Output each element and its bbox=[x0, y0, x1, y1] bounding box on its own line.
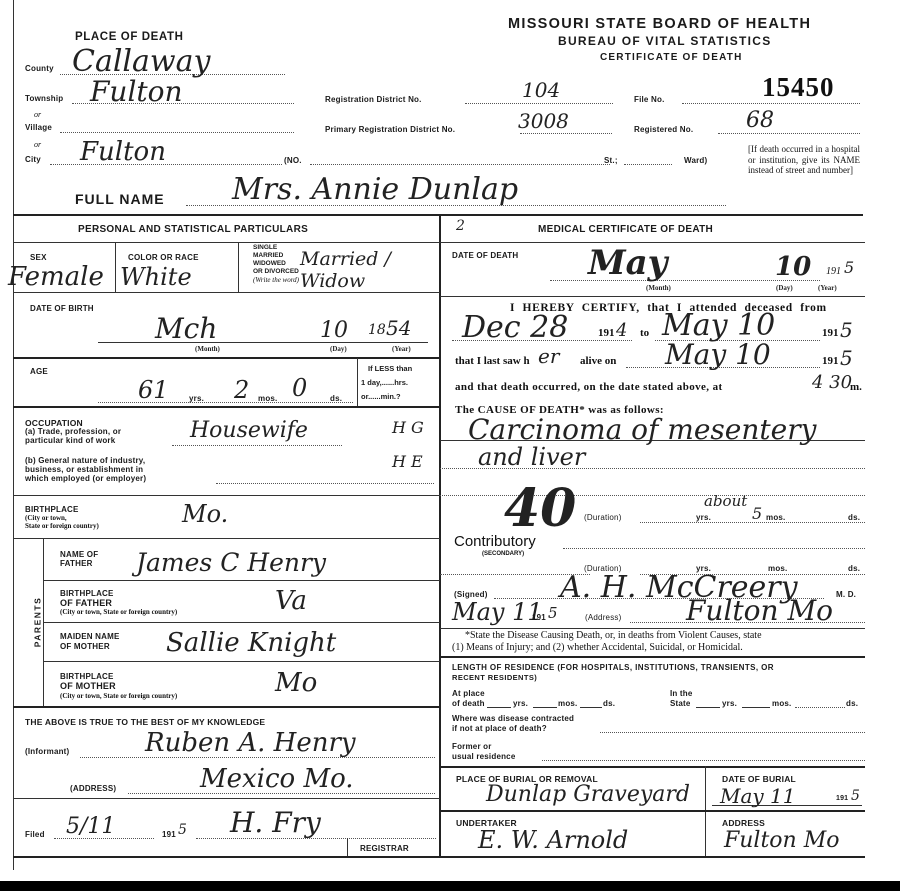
dob-month: Mch bbox=[155, 312, 217, 345]
last-saw-date: May 10 bbox=[665, 338, 771, 371]
birthplace-value: Mo. bbox=[182, 500, 228, 528]
duration-months-value: 5 bbox=[752, 504, 762, 523]
dob-day: 10 bbox=[320, 318, 348, 343]
physician-address: Fulton Mo bbox=[686, 594, 833, 627]
duration-label: (Duration) bbox=[584, 513, 622, 522]
dod-year-prefix: 191 bbox=[826, 266, 841, 277]
dob-year-suffix: 54 bbox=[386, 316, 411, 340]
attended-from-year-suffix: 4 bbox=[616, 320, 627, 341]
at-place-ds-unit: ds. bbox=[603, 699, 615, 708]
or-label-2: or bbox=[34, 140, 41, 149]
undertaker-address-label: ADDRESS bbox=[722, 818, 765, 828]
to-label: to bbox=[640, 327, 649, 339]
last-saw-prefix: that I last saw h bbox=[455, 355, 530, 367]
place-of-death-label: PLACE OF DEATH bbox=[75, 31, 184, 43]
informant-address-label: (ADDRESS) bbox=[70, 784, 116, 793]
registered-no-value: 68 bbox=[746, 108, 774, 133]
parents-label: PARENTS bbox=[32, 597, 42, 648]
alive-on-label: alive on bbox=[580, 355, 616, 367]
dod-month-caption: (Month) bbox=[646, 284, 671, 292]
sign-year-suffix: 5 bbox=[548, 604, 558, 622]
occupation-a-label-2: particular kind of work bbox=[25, 436, 115, 445]
dod-year-caption: (Year) bbox=[818, 284, 837, 292]
filed-year-prefix: 191 bbox=[162, 830, 176, 839]
father-name-label-2: FATHER bbox=[60, 559, 93, 568]
bureau-subtitle: BUREAU OF VITAL STATISTICS bbox=[558, 34, 772, 48]
occupation-b-label-2: business, or establishment in bbox=[25, 465, 143, 474]
full-name-label: FULL NAME bbox=[75, 191, 165, 207]
age-label: AGE bbox=[30, 367, 48, 376]
birthplace-sub-1: (City or town, bbox=[25, 514, 67, 522]
contracted-label-1: Where was disease contracted bbox=[452, 714, 574, 723]
former-residence-label-2: usual residence bbox=[452, 752, 515, 761]
dob-year-prefix: 18 bbox=[368, 322, 386, 338]
dod-day: 10 bbox=[775, 252, 811, 282]
father-birthplace-label-2: OF FATHER bbox=[60, 598, 112, 608]
sex-label: SEX bbox=[30, 253, 47, 262]
occupation-b-label-1: (b) General nature of industry, bbox=[25, 456, 145, 465]
birthplace-sub-2: State or foreign country) bbox=[25, 522, 99, 530]
last-saw-year-suffix: 5 bbox=[840, 346, 853, 370]
color-race-label: COLOR OR RACE bbox=[128, 253, 199, 262]
father-birthplace-value: Va bbox=[275, 586, 307, 616]
death-time-suffix: m. bbox=[850, 381, 862, 393]
or-label-1: or bbox=[34, 110, 41, 119]
dod-month: May bbox=[588, 243, 667, 283]
registration-district-value: 104 bbox=[522, 78, 560, 102]
secondary-caption: (SECONDARY) bbox=[482, 551, 524, 557]
age-months-value: 2 bbox=[234, 376, 249, 404]
marital-option-widowed: WIDOWED bbox=[253, 260, 286, 267]
primary-district-value: 3008 bbox=[518, 109, 569, 133]
marital-option-married: MARRIED bbox=[253, 252, 283, 259]
city-label: City bbox=[25, 155, 41, 164]
mother-name-label-1: MAIDEN NAME bbox=[60, 632, 120, 641]
burial-date-value: May 11 bbox=[720, 784, 796, 808]
filed-year-suffix: 5 bbox=[178, 822, 187, 838]
dob-month-caption: (Month) bbox=[195, 345, 220, 353]
in-state-mos-unit: mos. bbox=[772, 699, 791, 708]
attended-from-value: Dec 28 bbox=[462, 310, 568, 345]
contracted-label-2: if not at place of death? bbox=[452, 724, 547, 733]
occupation-b-label-3: which employed (or employer) bbox=[25, 474, 146, 483]
duration-months-unit: mos. bbox=[766, 513, 785, 522]
scan-bottom-edge bbox=[0, 881, 900, 891]
cause-code: 40 bbox=[504, 478, 576, 539]
mother-birthplace-label-2: OF MOTHER bbox=[60, 681, 116, 691]
mother-birthplace-label-1: BIRTHPLACE bbox=[60, 672, 114, 681]
file-no-label: File No. bbox=[634, 95, 665, 104]
duration-years-unit: yrs. bbox=[696, 513, 711, 522]
father-birthplace-label-1: BIRTHPLACE bbox=[60, 589, 114, 598]
registration-district-label: Registration District No. bbox=[325, 95, 422, 104]
dob-day-caption: (Day) bbox=[330, 345, 347, 353]
margin-code-2: H E bbox=[392, 452, 423, 471]
sex-value: Female bbox=[8, 262, 104, 292]
informant-statement: THE ABOVE IS TRUE TO THE BEST OF MY KNOW… bbox=[25, 717, 265, 727]
filed-value: 5/11 bbox=[66, 814, 115, 839]
former-residence-label-1: Former or bbox=[452, 742, 492, 751]
primary-district-label: Primary Registration District No. bbox=[325, 125, 455, 134]
file-no-value: 15450 bbox=[762, 72, 835, 103]
marital-value: Married / Widow bbox=[300, 248, 440, 292]
attended-from-year-prefix: 191 bbox=[598, 327, 615, 339]
mother-birthplace-label-3: (City or town, State or foreign country) bbox=[60, 692, 177, 700]
in-state-ds-unit: ds. bbox=[846, 699, 858, 708]
age-years-unit: yrs. bbox=[189, 394, 204, 403]
less-than-line-3: or......min.? bbox=[361, 392, 401, 401]
duration-days-unit: ds. bbox=[848, 513, 860, 522]
at-place-yrs-unit: yrs. bbox=[513, 699, 528, 708]
city-value: Fulton bbox=[80, 137, 166, 167]
informant-label: (Informant) bbox=[25, 747, 69, 756]
corner-mark: 2 bbox=[456, 218, 465, 234]
less-than-line-1: If LESS than bbox=[368, 364, 412, 373]
burial-year-prefix: 191 bbox=[836, 795, 848, 802]
mother-birthplace-value: Mo bbox=[275, 668, 317, 698]
page-left-border bbox=[13, 0, 14, 870]
age-days-value: 0 bbox=[292, 374, 307, 402]
in-state-label-1: In the bbox=[670, 689, 693, 698]
age-days-unit: ds. bbox=[330, 394, 342, 403]
dod-year-suffix: 5 bbox=[844, 258, 854, 277]
address-label: (Address) bbox=[585, 613, 621, 622]
occupation-a-label-1: (a) Trade, profession, or bbox=[25, 427, 121, 436]
registrar-signature: H. Fry bbox=[230, 806, 321, 839]
registered-no-label: Registered No. bbox=[634, 125, 693, 134]
street-no-label: (NO. bbox=[284, 156, 302, 165]
death-time-text: and that death occurred, on the date sta… bbox=[455, 381, 723, 393]
residence-title-1: LENGTH OF RESIDENCE (FOR HOSPITALS, INST… bbox=[452, 663, 774, 672]
at-place-label-2: of death bbox=[452, 699, 485, 708]
at-place-mos-unit: mos. bbox=[558, 699, 577, 708]
burial-place-value: Dunlap Graveyard bbox=[486, 782, 690, 807]
margin-code-1: H G bbox=[392, 418, 424, 437]
sign-date: May 11 bbox=[452, 598, 543, 626]
death-time-value: 4 30 bbox=[812, 372, 852, 393]
md-label: M. D. bbox=[836, 590, 856, 599]
mother-name-value: Sallie Knight bbox=[166, 628, 336, 658]
attended-to-year-suffix: 5 bbox=[840, 318, 853, 342]
residence-title-2: RECENT RESIDENTS) bbox=[452, 673, 537, 682]
duration2-days-unit: ds. bbox=[848, 564, 860, 573]
last-saw-pronoun: er bbox=[538, 344, 559, 368]
street-label: St.; bbox=[604, 156, 618, 165]
cause-line-1: Carcinoma of mesentery bbox=[468, 413, 816, 446]
informant-address-value: Mexico Mo. bbox=[200, 764, 354, 794]
county-label: County bbox=[25, 64, 54, 73]
board-title: MISSOURI STATE BOARD OF HEALTH bbox=[508, 16, 811, 32]
occupation-a-value: Housewife bbox=[190, 418, 308, 443]
last-saw-year-prefix: 191 bbox=[822, 355, 839, 367]
sign-year-prefix: 191 bbox=[532, 613, 546, 622]
in-state-label-2: State bbox=[670, 699, 691, 708]
at-place-label-1: At place bbox=[452, 689, 485, 698]
less-than-line-2: 1 day,......hrs. bbox=[361, 378, 408, 387]
dob-year-caption: (Year) bbox=[392, 345, 411, 353]
attended-to-year-prefix: 191 bbox=[822, 327, 839, 339]
father-name-label-1: NAME OF bbox=[60, 550, 98, 559]
medical-section-title: MEDICAL CERTIFICATE OF DEATH bbox=[538, 224, 713, 235]
dod-label: DATE OF DEATH bbox=[452, 251, 518, 260]
in-state-yrs-unit: yrs. bbox=[722, 699, 737, 708]
dob-label: DATE OF BIRTH bbox=[30, 304, 94, 313]
center-divider bbox=[439, 215, 441, 857]
township-value: Fulton bbox=[90, 75, 183, 108]
ward-label: Ward) bbox=[684, 156, 707, 165]
personal-section-title: PERSONAL AND STATISTICAL PARTICULARS bbox=[78, 224, 308, 235]
birthplace-label: BIRTHPLACE bbox=[25, 505, 79, 514]
footnote-line-1: *State the Disease Causing Death, or, in… bbox=[465, 630, 762, 641]
village-label: Village bbox=[25, 123, 52, 132]
marital-option-single: SINGLE bbox=[253, 244, 277, 251]
informant-value: Ruben A. Henry bbox=[145, 728, 356, 758]
father-name-value: James C Henry bbox=[136, 548, 326, 577]
duration-about: about bbox=[704, 492, 747, 510]
township-label: Township bbox=[25, 94, 63, 103]
filed-label: Filed bbox=[25, 830, 45, 839]
burial-date-label: DATE OF BURIAL bbox=[722, 774, 796, 784]
age-years-value: 61 bbox=[138, 376, 169, 404]
burial-year-suffix: 5 bbox=[851, 788, 860, 804]
full-name-value: Mrs. Annie Dunlap bbox=[232, 172, 518, 207]
mother-name-label-2: OF MOTHER bbox=[60, 642, 110, 651]
registrar-label: REGISTRAR bbox=[360, 844, 409, 853]
marital-hint: (Write the word) bbox=[253, 276, 299, 284]
name-divider bbox=[13, 214, 863, 216]
age-months-unit: mos. bbox=[258, 394, 277, 403]
color-race-value: White bbox=[120, 263, 192, 291]
cause-line-2: and liver bbox=[478, 443, 585, 471]
marital-option-divorced: OR DIVORCED bbox=[253, 268, 299, 275]
dod-day-caption: (Day) bbox=[776, 284, 793, 292]
county-value: Callaway bbox=[72, 44, 210, 79]
father-birthplace-label-3: (City or town, State or foreign country) bbox=[60, 608, 177, 616]
undertaker-value: E. W. Arnold bbox=[478, 826, 628, 854]
contributory-label: Contributory bbox=[454, 533, 536, 550]
undertaker-address-value: Fulton Mo bbox=[724, 828, 840, 853]
hospital-note: [If death occurred in a hospital or inst… bbox=[748, 144, 860, 176]
footnote-line-2: (1) Means of Injury; and (2) whether Acc… bbox=[452, 642, 743, 653]
form-title: CERTIFICATE OF DEATH bbox=[600, 52, 743, 63]
